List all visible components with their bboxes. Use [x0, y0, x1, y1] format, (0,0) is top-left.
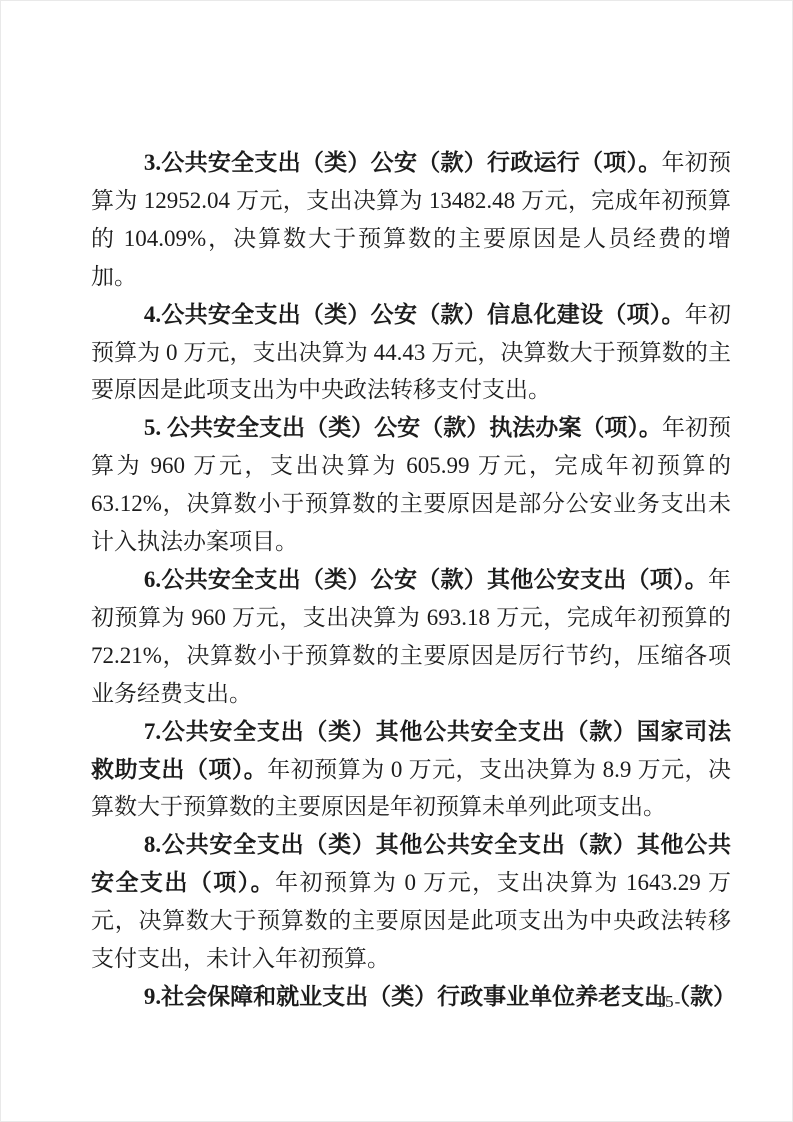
paragraph-heading: 5. 公共安全支出（类）公安（款）执法办案（项）。: [144, 415, 662, 440]
paragraph-item-7: 7.公共安全支出（类）其他公共安全支出（款）国家司法救助支出（项）。年初预算为 …: [91, 713, 731, 827]
document-body-text: 3.公共安全支出（类）公安（款）行政运行（项）。年初预算为 12952.04 万…: [91, 144, 731, 1016]
paragraph-item-8: 8.公共安全支出（类）其他公共安全支出（款）其他公共安全支出（项）。年初预算为 …: [91, 826, 731, 978]
paragraph-heading: 4.公共安全支出（类）公安（款）信息化建设（项）。: [144, 302, 685, 327]
paragraph-item-4: 4.公共安全支出（类）公安（款）信息化建设（项）。年初预算为 0 万元，支出决算…: [91, 296, 731, 410]
paragraph-item-5: 5. 公共安全支出（类）公安（款）执法办案（项）。年初预算为 960 万元，支出…: [91, 409, 731, 561]
paragraph-item-3: 3.公共安全支出（类）公安（款）行政运行（项）。年初预算为 12952.04 万…: [91, 144, 731, 296]
document-page: 3.公共安全支出（类）公安（款）行政运行（项）。年初预算为 12952.04 万…: [0, 0, 793, 1122]
paragraph-heading: 6.公共安全支出（类）公安（款）其他公安支出（项）。: [144, 567, 708, 592]
paragraph-heading: 9.社会保障和就业支出（类）行政事业单位养老支出（款）: [144, 984, 736, 1009]
paragraph-heading: 3.公共安全支出（类）公安（款）行政运行（项）。: [144, 150, 662, 175]
page-number: -15-: [649, 992, 681, 1012]
paragraph-item-6: 6.公共安全支出（类）公安（款）其他公安支出（项）。年初预算为 960 万元，支…: [91, 561, 731, 713]
paragraph-item-9: 9.社会保障和就业支出（类）行政事业单位养老支出（款）: [91, 978, 731, 1016]
